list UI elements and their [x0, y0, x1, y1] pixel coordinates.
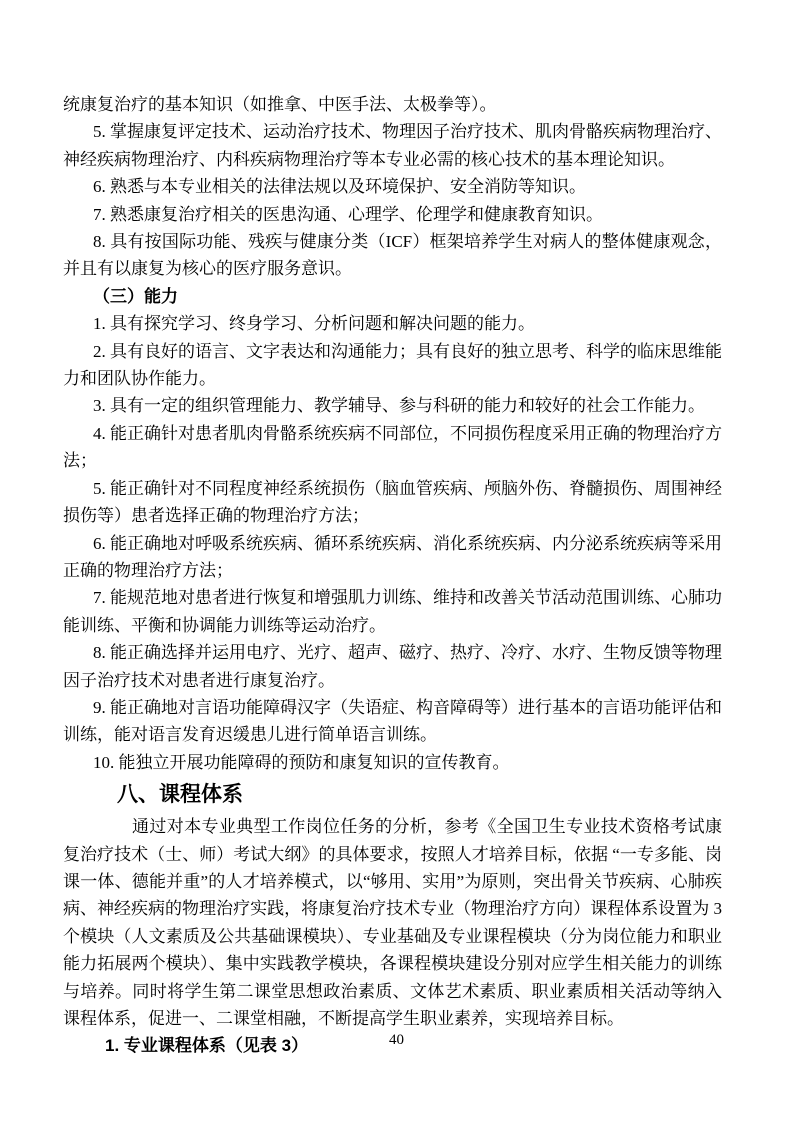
ability-item-4: 4. 能正确针对患者肌肉骨骼系统疾病不同部位，不同损伤程度采用正确的物理治疗方法… — [63, 420, 722, 475]
ability-item-5: 5. 能正确针对不同程度神经系统损伤（脑血管疾病、颅脑外伤、脊髓损伤、周围神经损… — [63, 475, 722, 530]
paragraph-continuation: 统康复治疗的基本知识（如推拿、中医手法、太极拳等）。 — [63, 91, 722, 118]
knowledge-item-6: 6. 熟悉与本专业相关的法律法规以及环境保护、安全消防等知识。 — [63, 173, 722, 200]
ability-item-3: 3. 具有一定的组织管理能力、教学辅导、参与科研的能力和较好的社会工作能力。 — [63, 392, 722, 419]
ability-item-1: 1. 具有探究学习、终身学习、分析问题和解决问题的能力。 — [63, 310, 722, 337]
knowledge-item-5: 5. 掌握康复评定技术、运动治疗技术、物理因子治疗技术、肌肉骨骼疾病物理治疗、神… — [63, 118, 722, 173]
page-content: 统康复治疗的基本知识（如推拿、中医手法、太极拳等）。 5. 掌握康复评定技术、运… — [63, 91, 722, 1060]
ability-item-9: 9. 能正确地对言语功能障碍汉字（失语症、构音障碍等）进行基本的言语功能评估和训… — [63, 694, 722, 749]
ability-item-2: 2. 具有良好的语言、文字表达和沟通能力；具有良好的独立思考、科学的临床思维能力… — [63, 338, 722, 393]
ability-item-8: 8. 能正确选择并运用电疗、光疗、超声、磁疗、热疗、冷疗、水疗、生物反馈等物理因… — [63, 639, 722, 694]
chapter-heading-curriculum-system: 八、课程体系 — [63, 779, 722, 810]
ability-item-6: 6. 能正确地对呼吸系统疾病、循环系统疾病、消化系统疾病、内分泌系统疾病等采用正… — [63, 530, 722, 585]
curriculum-intro-paragraph: 通过对本专业典型工作岗位任务的分析，参考《全国卫生专业技术资格考试康复治疗技术（… — [63, 813, 722, 1032]
knowledge-item-8: 8. 具有按国际功能、残疾与健康分类（ICF）框架培养学生对病人的整体健康观念，… — [63, 228, 722, 283]
page-number: 40 — [0, 1030, 793, 1050]
ability-item-7: 7. 能规范地对患者进行恢复和增强肌力训练、维持和改善关节活动范围训练、心肺功能… — [63, 584, 722, 639]
knowledge-item-7: 7. 熟悉康复治疗相关的医患沟通、心理学、伦理学和健康教育知识。 — [63, 201, 722, 228]
section-heading-ability: （三）能力 — [63, 283, 722, 310]
ability-item-10: 10. 能独立开展功能障碍的预防和康复知识的宣传教育。 — [63, 749, 722, 776]
document-page: 统康复治疗的基本知识（如推拿、中医手法、太极拳等）。 5. 掌握康复评定技术、运… — [0, 0, 793, 1122]
